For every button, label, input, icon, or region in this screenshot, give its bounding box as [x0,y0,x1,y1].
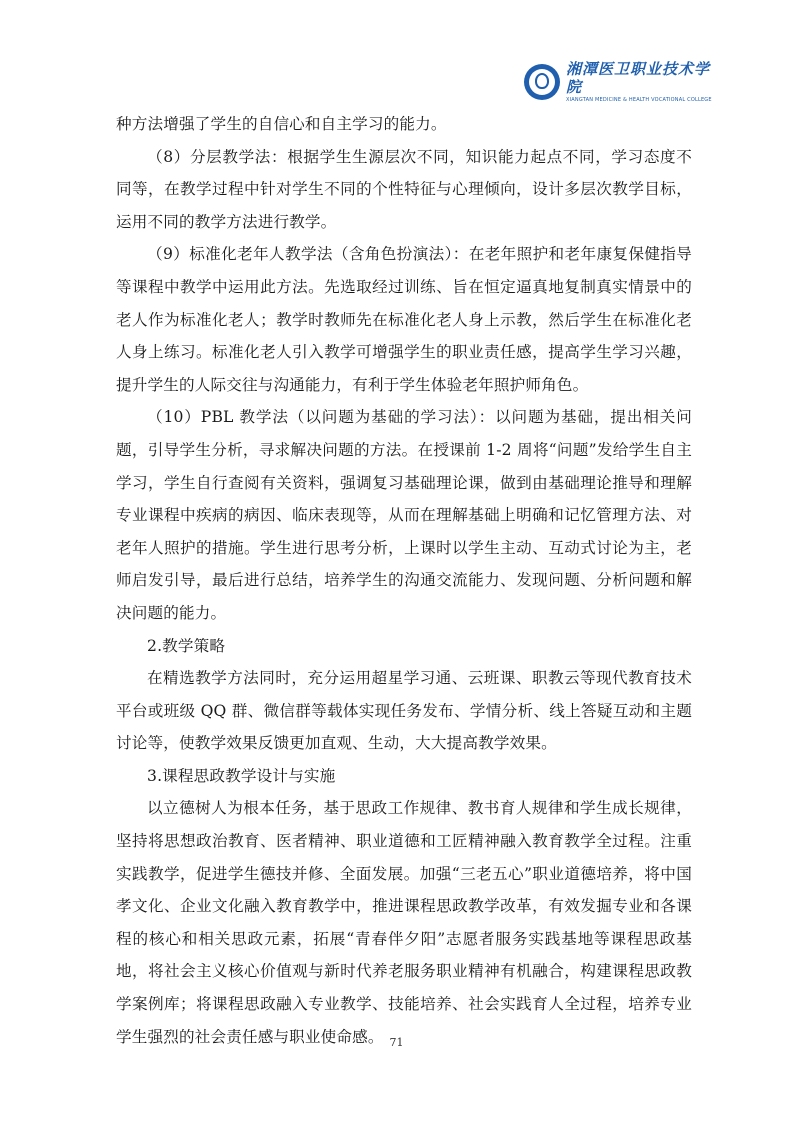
paragraph-continued: 种方法增强了学生的自信心和自主学习的能力。 [116,108,692,141]
logo-chinese-name: 湘潭医卫职业技术学院 [566,60,712,96]
section-heading-teaching-strategy: 2.教学策略 [116,630,692,663]
page-body: 种方法增强了学生的自信心和自主学习的能力。 （8）分层教学法：根据学生生源层次不… [116,108,692,1053]
paragraph-teaching-strategy: 在精选教学方法同时，充分运用超星学习通、云班课、职教云等现代教育技术平台或班级 … [116,662,692,760]
paragraph-standardized-elderly-method: （9）标准化老年人教学法（含角色扮演法）：在老年照护和老年康复保健指导等课程中教… [116,238,692,401]
header-logo: 湘潭医卫职业技术学院 XIANGTAN MEDICINE & HEALTH VO… [524,62,704,102]
paragraph-layered-teaching: （8）分层教学法：根据学生生源层次不同，知识能力起点不同，学习态度不同等，在教学… [116,141,692,239]
paragraph-pbl-method: （10）PBL 教学法（以问题为基础的学习法）：以问题为基础，提出相关问题，引导… [116,401,692,629]
logo-text: 湘潭医卫职业技术学院 XIANGTAN MEDICINE & HEALTH VO… [566,60,712,104]
page-number: 71 [0,1036,793,1049]
section-heading-ideological-design: 3.课程思政教学设计与实施 [116,760,692,793]
college-emblem-icon [524,64,560,100]
logo-english-name: XIANGTAN MEDICINE & HEALTH VOCATIONAL CO… [566,96,712,104]
paragraph-ideological-design: 以立德树人为根本任务，基于思政工作规律、教书育人规律和学生成长规律，坚持将思想政… [116,792,692,1053]
